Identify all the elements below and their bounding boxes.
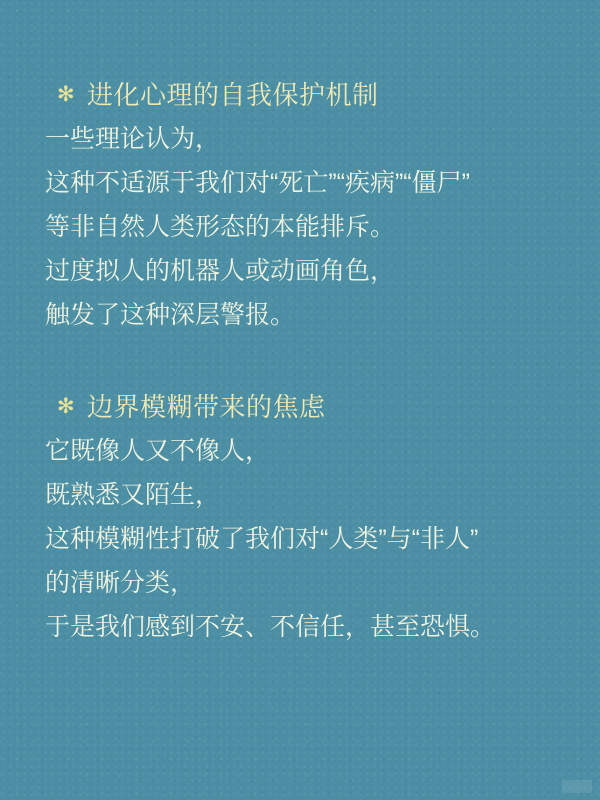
teardrop-asterisk-icon: ✻: [57, 73, 87, 117]
poster-card: ✻ 进化心理的自我保护机制 一些理论认为， 这种不适源于我们对“死亡”“疾病”“…: [0, 0, 600, 800]
section-boundary-blur-anxiety: ✻ 边界模糊带来的焦虑 它既像人又不像人， 既熟悉又陌生， 这种模糊性打破了我们…: [45, 385, 562, 649]
body-line: 的清晰分类，: [45, 561, 562, 605]
body-line: 等非自然人类形态的本能排斥。: [45, 205, 562, 249]
faint-watermark: [562, 780, 592, 793]
body-line: 既熟悉又陌生，: [45, 473, 562, 517]
section-heading: ✻ 边界模糊带来的焦虑: [45, 385, 562, 429]
body-line: 它既像人又不像人，: [45, 429, 562, 473]
section-title: 边界模糊带来的焦虑: [87, 385, 326, 429]
body-line: 于是我们感到不安、不信任，甚至恐惧。: [45, 605, 562, 649]
teardrop-asterisk-icon: ✻: [57, 385, 87, 429]
section-title: 进化心理的自我保护机制: [87, 73, 379, 117]
body-line: 一些理论认为，: [45, 117, 562, 161]
section-evolution-psychology: ✻ 进化心理的自我保护机制 一些理论认为， 这种不适源于我们对“死亡”“疾病”“…: [45, 73, 562, 337]
section-heading: ✻ 进化心理的自我保护机制: [45, 73, 562, 117]
body-line: 这种不适源于我们对“死亡”“疾病”“僵尸”: [45, 161, 562, 205]
body-line: 这种模糊性打破了我们对“人类”与“非人”: [45, 517, 562, 561]
body-line: 过度拟人的机器人或动画角色，: [45, 249, 562, 293]
body-line: 触发了这种深层警报。: [45, 293, 562, 337]
